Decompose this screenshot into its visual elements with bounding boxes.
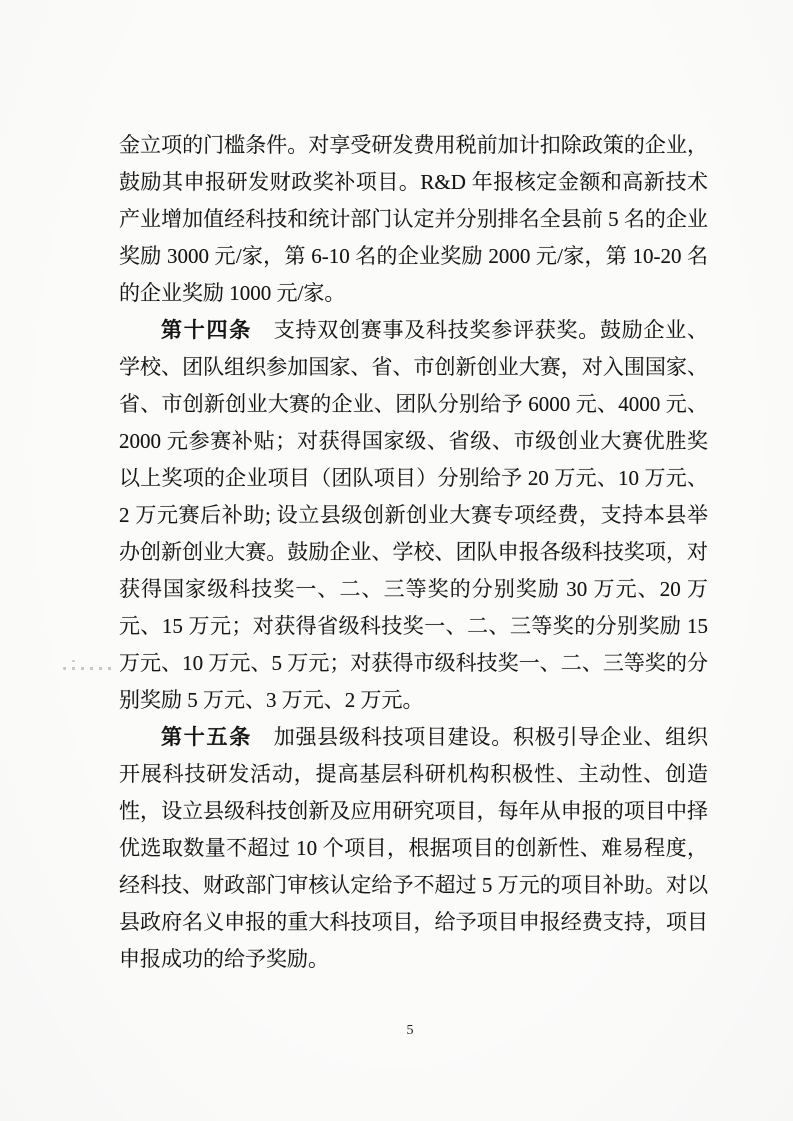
scan-artifact — [63, 667, 117, 670]
article-heading: 第十四条 — [161, 318, 252, 342]
paragraph-text: 加强县级科技项目建设。积极引导企业、组织开展科技研发活动，提高基层科研机构积极性… — [119, 725, 708, 971]
document-body: 金立项的门槛条件。对享受研发费用税前加计扣除政策的企业，鼓励其申报研发财政奖补项… — [119, 127, 708, 978]
paragraph-text: 金立项的门槛条件。对享受研发费用税前加计扣除政策的企业，鼓励其申报研发财政奖补项… — [119, 133, 708, 305]
paragraph: 第十四条 支持双创赛事及科技奖参评获奖。鼓励企业、学校、团队组织参加国家、省、市… — [119, 312, 708, 719]
paragraph: 第十五条 加强县级科技项目建设。积极引导企业、组织开展科技研发活动，提高基层科研… — [119, 719, 708, 978]
document-page: 金立项的门槛条件。对享受研发费用税前加计扣除政策的企业，鼓励其申报研发财政奖补项… — [0, 0, 793, 1121]
page-number: 5 — [0, 1023, 793, 1039]
scan-speck — [72, 660, 75, 662]
paragraph-text: 支持双创赛事及科技奖参评获奖。鼓励企业、学校、团队组织参加国家、省、市创新创业大… — [119, 318, 708, 712]
article-heading: 第十五条 — [161, 725, 252, 749]
paragraph: 金立项的门槛条件。对享受研发费用税前加计扣除政策的企业，鼓励其申报研发财政奖补项… — [119, 127, 708, 312]
